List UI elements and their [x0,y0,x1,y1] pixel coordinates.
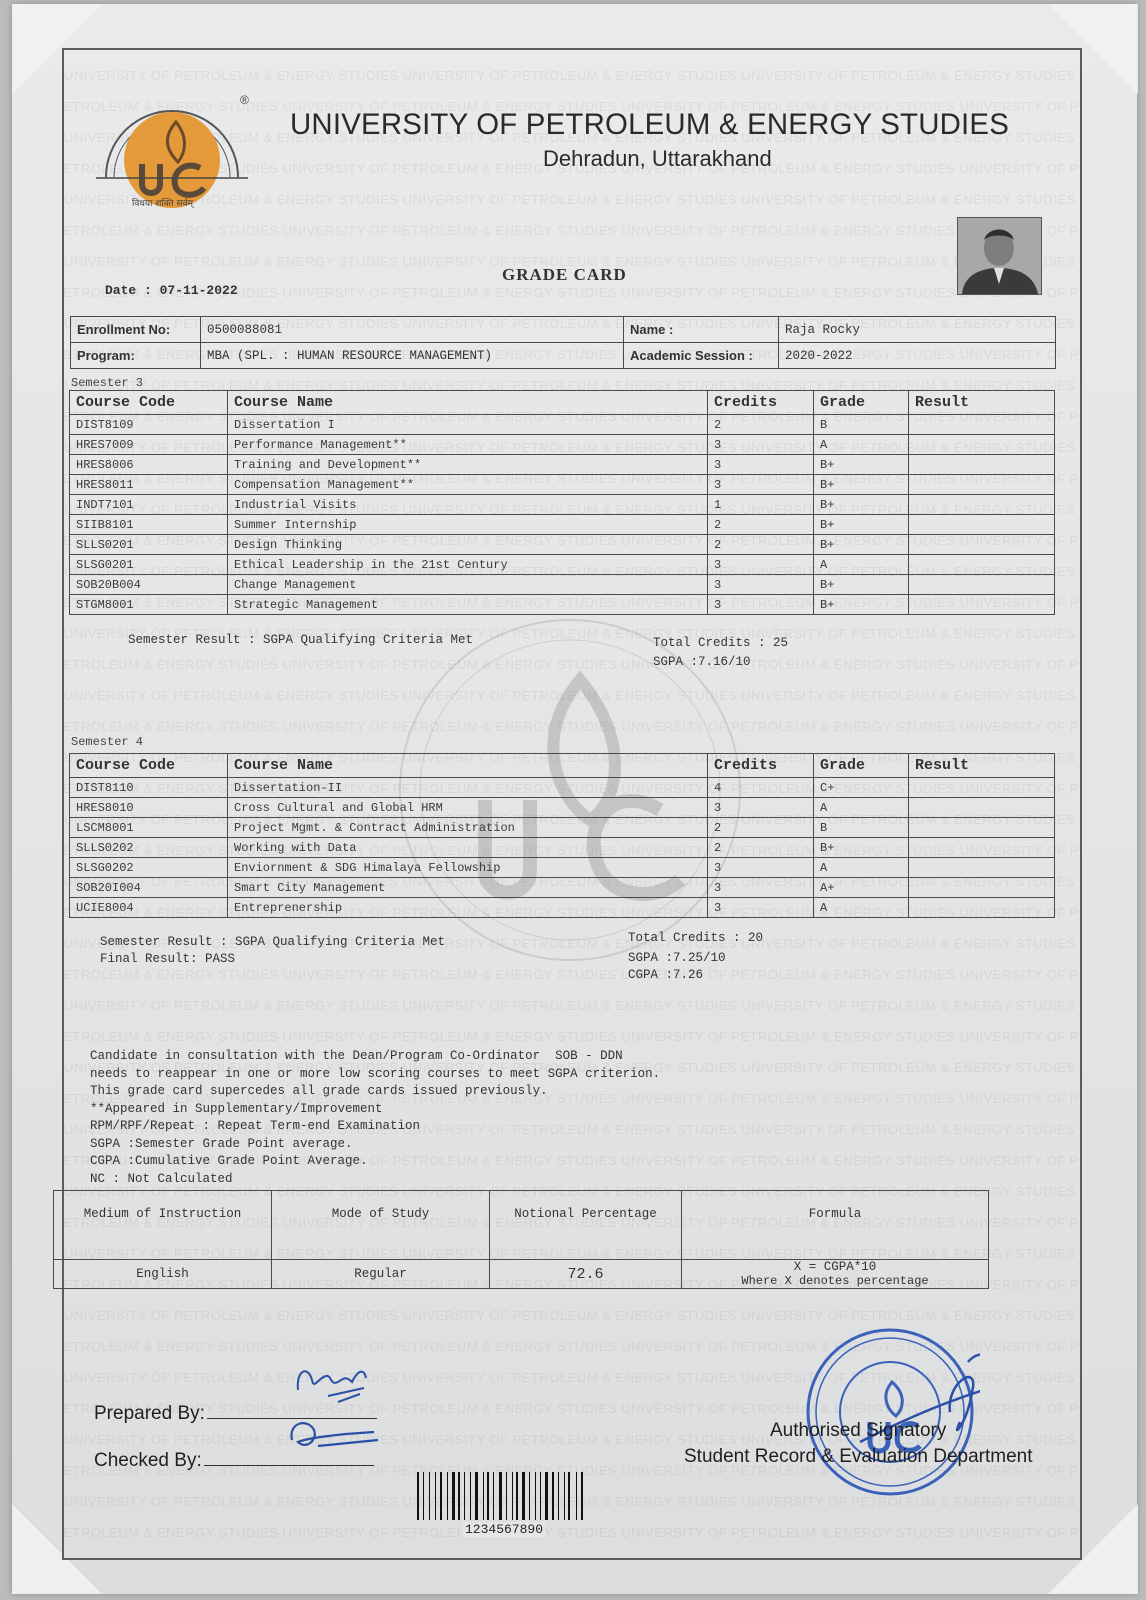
issue-date: Date : 07-11-2022 [105,283,238,298]
course-name: Summer Internship [228,515,708,535]
course-code: INDT7101 [70,495,228,515]
course-name: Entreprenership [228,898,708,918]
formula-note: Where X denotes percentage [688,1274,982,1288]
course-grade: A [814,555,909,575]
percentage-value: 72.6 [490,1260,682,1289]
semester-4-table: Course Code Course Name Credits Grade Re… [69,753,1055,918]
course-row: DIST8109Dissertation I2B [70,415,1055,435]
course-credits: 1 [708,495,814,515]
column-header: Credits [708,754,814,778]
course-name: Ethical Leadership in the 21st Century [228,555,708,575]
university-name: UNIVERSITY OF PETROLEUM & ENERGY STUDIES [290,108,1009,142]
formula-value: X = CGPA*10 Where X denotes percentage [682,1260,989,1289]
course-grade: A [814,435,909,455]
course-grade: B+ [814,495,909,515]
column-header: Credits [708,391,814,415]
column-header: Result [909,754,1055,778]
course-name: Cross Cultural and Global HRM [228,798,708,818]
university-logo-icon: ® विधया शक्ति सर्वम् [92,82,252,212]
column-header: Result [909,391,1055,415]
course-result [909,575,1055,595]
signature-icon [288,1360,398,1465]
note-line: Candidate in consultation with the Dean/… [90,1048,660,1066]
formula-header: Formula [682,1191,989,1260]
course-code: SLSG0201 [70,555,228,575]
course-result [909,475,1055,495]
semester-label: Semester 3 [71,376,143,390]
notes-block: Candidate in consultation with the Dean/… [90,1048,660,1188]
course-result [909,778,1055,798]
enrollment-label: Enrollment No: [71,317,201,343]
barcode-icon [417,1472,625,1520]
course-row: UCIE8004Entreprenership3A [70,898,1055,918]
course-name: Dissertation I [228,415,708,435]
course-code: SOB20I004 [70,878,228,898]
course-code: SLLS0202 [70,838,228,858]
course-result [909,495,1055,515]
course-row: SOB20B004Change Management3B+ [70,575,1055,595]
column-header: Grade [814,754,909,778]
course-credits: 2 [708,535,814,555]
mode-value: Regular [272,1260,490,1289]
course-name: Change Management [228,575,708,595]
course-result [909,818,1055,838]
course-grade: A [814,798,909,818]
course-grade: C+ [814,778,909,798]
course-row: HRES8011Compensation Management**3B+ [70,475,1055,495]
course-name: Enviornment & SDG Himalaya Fellowship [228,858,708,878]
course-code: UCIE8004 [70,898,228,918]
course-credits: 3 [708,878,814,898]
semester-result: Semester Result : SGPA Qualifying Criter… [128,633,473,647]
department-stamp-icon [800,1322,980,1502]
percentage-header: Notional Percentage [490,1191,682,1260]
course-result [909,595,1055,615]
course-grade: B+ [814,838,909,858]
session-label: Academic Session : [624,343,779,369]
session-value: 2020-2022 [779,343,1056,369]
course-row: SOB20I004Smart City Management3A+ [70,878,1055,898]
course-credits: 3 [708,858,814,878]
course-row: HRES8010Cross Cultural and Global HRM3A [70,798,1055,818]
course-name: Project Mgmt. & Contract Administration [228,818,708,838]
course-result [909,515,1055,535]
course-name: Compensation Management** [228,475,708,495]
course-name: Training and Development** [228,455,708,475]
barcode: 1234567890 [417,1472,625,1542]
course-credits: 3 [708,475,814,495]
course-code: STGM8001 [70,595,228,615]
course-credits: 3 [708,555,814,575]
note-line: CGPA :Cumulative Grade Point Average. [90,1153,660,1171]
course-grade: B+ [814,595,909,615]
course-code: HRES8011 [70,475,228,495]
course-result [909,435,1055,455]
course-code: SLSG0202 [70,858,228,878]
course-grade: B+ [814,515,909,535]
course-name: Smart City Management [228,878,708,898]
course-credits: 3 [708,595,814,615]
course-code: HRES7009 [70,435,228,455]
enrollment-value: 0500088081 [201,317,624,343]
course-credits: 2 [708,415,814,435]
course-result [909,555,1055,575]
course-credits: 3 [708,798,814,818]
course-result [909,535,1055,555]
course-code: HRES8010 [70,798,228,818]
university-location: Dehradun, Uttarakhand [543,146,772,172]
program-label: Program: [71,343,201,369]
svg-text:®: ® [240,93,249,107]
course-grade: B [814,415,909,435]
course-name: Performance Management** [228,435,708,455]
course-code: DIST8109 [70,415,228,435]
student-photo [957,217,1042,295]
course-row: DIST8110Dissertation-II4C+ [70,778,1055,798]
course-row: SLSG0202Enviornment & SDG Himalaya Fello… [70,858,1055,878]
note-line: needs to reappear in one or more low sco… [90,1066,660,1084]
medium-value: English [54,1260,272,1289]
course-credits: 2 [708,515,814,535]
course-credits: 3 [708,435,814,455]
course-name: Industrial Visits [228,495,708,515]
course-row: SLLS0201Design Thinking2B+ [70,535,1055,555]
course-credits: 4 [708,778,814,798]
course-grade: B [814,818,909,838]
student-portrait-icon [958,218,1041,294]
column-header: Course Name [228,754,708,778]
document-title: GRADE CARD [502,265,627,285]
course-credits: 3 [708,455,814,475]
course-grade: A [814,858,909,878]
total-credits: Total Credits : 20 [628,931,763,945]
course-credits: 2 [708,818,814,838]
course-code: LSCM8001 [70,818,228,838]
course-grade: B+ [814,575,909,595]
course-result [909,838,1055,858]
course-row: LSCM8001Project Mgmt. & Contract Adminis… [70,818,1055,838]
program-value: MBA (SPL. : HUMAN RESOURCE MANAGEMENT) [201,343,624,369]
department-name: Student Record & Evaluation Department [684,1446,1033,1468]
course-result [909,455,1055,475]
mode-header: Mode of Study [272,1191,490,1260]
student-info-table: Enrollment No: 0500088081 Name : Raja Ro… [70,316,1056,369]
course-grade: A+ [814,878,909,898]
summary-table: Medium of Instruction Mode of Study Noti… [53,1190,989,1289]
column-header: Course Code [70,754,228,778]
final-result: Final Result: PASS [100,952,235,966]
note-line: SGPA :Semester Grade Point average. [90,1136,660,1154]
course-row: SLLS0202Working with Data2B+ [70,838,1055,858]
column-header: Course Code [70,391,228,415]
authorised-signatory: Authorised Signatory [770,1420,946,1442]
course-row: STGM8001Strategic Management3B+ [70,595,1055,615]
course-name: Dissertation-II [228,778,708,798]
sgpa: SGPA :7.25/10 [628,951,726,965]
course-result [909,415,1055,435]
course-credits: 3 [708,898,814,918]
course-credits: 3 [708,575,814,595]
course-row: INDT7101Industrial Visits1B+ [70,495,1055,515]
note-line: NC : Not Calculated [90,1171,660,1189]
barcode-number: 1234567890 [463,1522,545,1537]
note-line: RPM/RPF/Repeat : Repeat Term-end Examina… [90,1118,660,1136]
course-row: HRES7009Performance Management**3A [70,435,1055,455]
course-grade: A [814,898,909,918]
course-result [909,858,1055,878]
course-result [909,798,1055,818]
medium-header: Medium of Instruction [54,1191,272,1260]
name-value: Raja Rocky [779,317,1056,343]
column-header: Grade [814,391,909,415]
cgpa: CGPA :7.26 [628,968,703,982]
course-code: SLLS0201 [70,535,228,555]
course-credits: 2 [708,838,814,858]
sgpa: SGPA :7.16/10 [653,655,751,669]
course-row: HRES8006Training and Development**3B+ [70,455,1055,475]
total-credits: Total Credits : 25 [653,636,788,650]
course-result [909,878,1055,898]
course-code: DIST8110 [70,778,228,798]
course-grade: B+ [814,455,909,475]
course-name: Design Thinking [228,535,708,555]
course-grade: B+ [814,475,909,495]
column-header: Course Name [228,391,708,415]
course-row: SLSG0201Ethical Leadership in the 21st C… [70,555,1055,575]
svg-text:विधया शक्ति सर्वम्: विधया शक्ति सर्वम् [132,197,195,209]
name-label: Name : [624,317,779,343]
semester-3-table: Course Code Course Name Credits Grade Re… [69,390,1055,615]
semester-result: Semester Result : SGPA Qualifying Criter… [100,935,445,949]
course-code: HRES8006 [70,455,228,475]
note-line: This grade card supercedes all grade car… [90,1083,660,1101]
semester-label: Semester 4 [71,735,143,749]
course-code: SOB20B004 [70,575,228,595]
note-line: **Appeared in Supplementary/Improvement [90,1101,660,1119]
course-code: SIIB8101 [70,515,228,535]
course-grade: B+ [814,535,909,555]
course-result [909,898,1055,918]
course-row: SIIB8101Summer Internship2B+ [70,515,1055,535]
course-name: Working with Data [228,838,708,858]
course-name: Strategic Management [228,595,708,615]
